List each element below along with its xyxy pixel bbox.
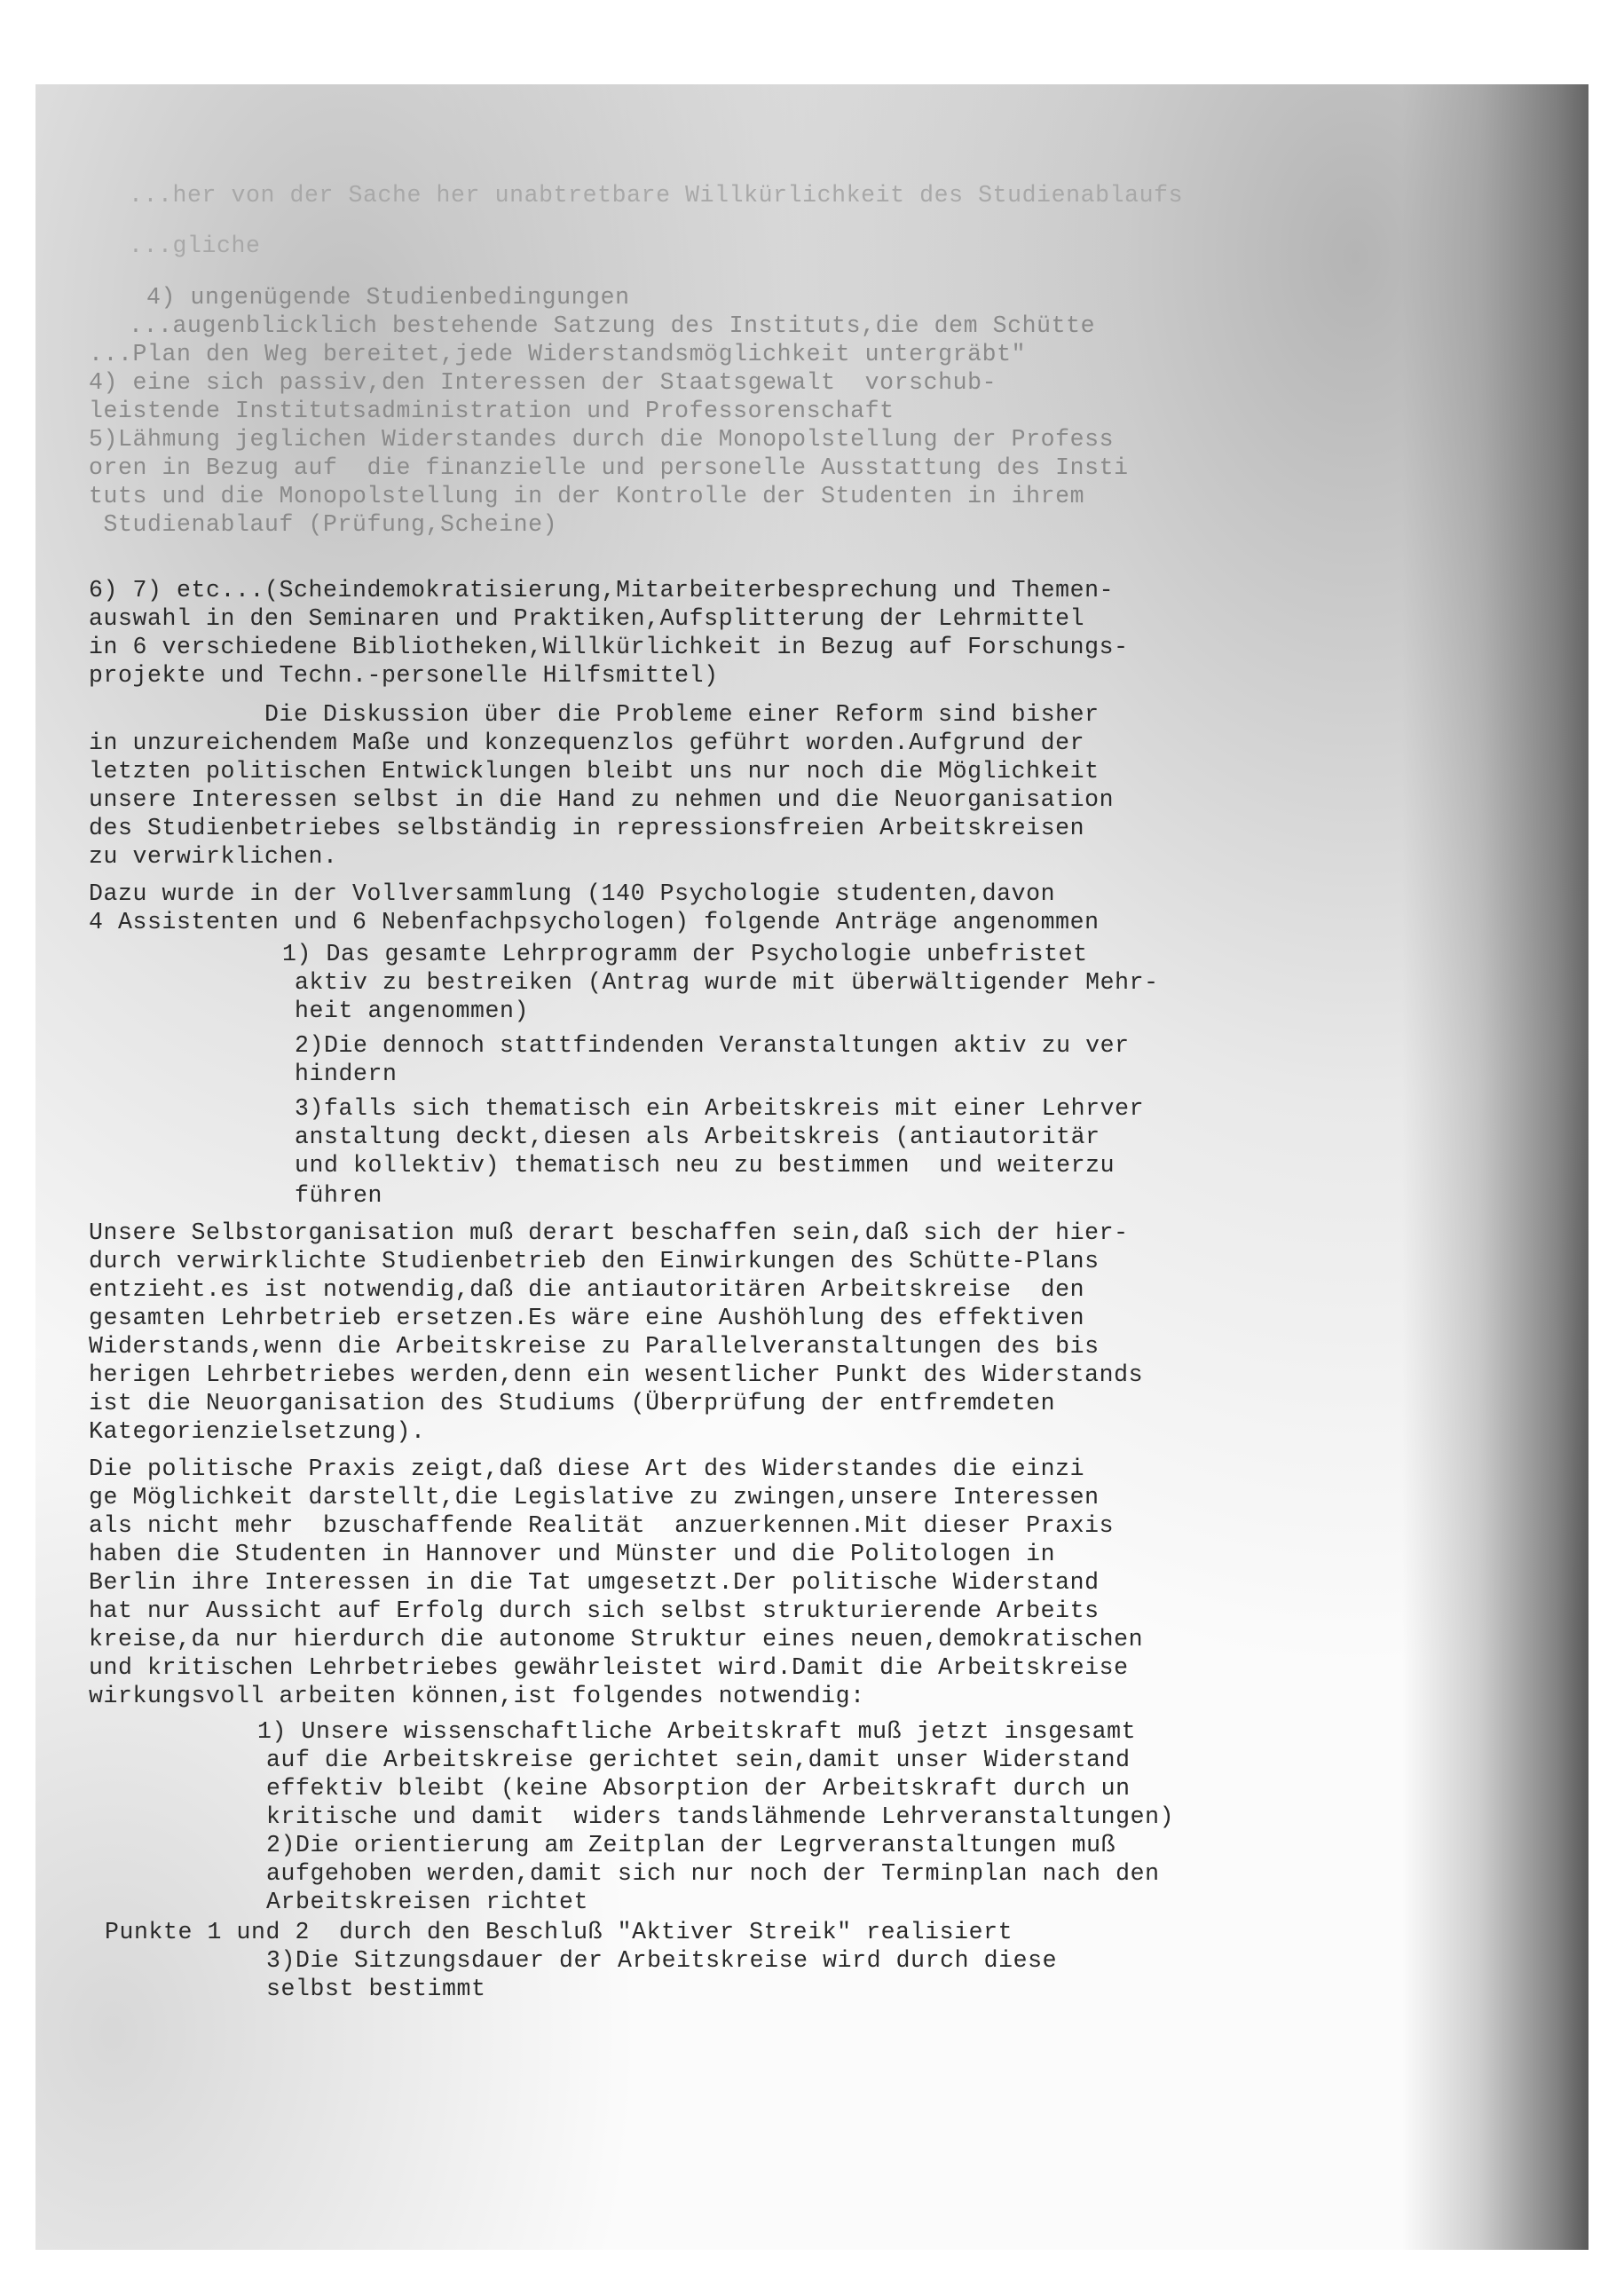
text-line: heit angenommen): [295, 998, 529, 1024]
text-line: kritische und damit widers tandslähmende…: [266, 1803, 1174, 1830]
text-line: herigen Lehrbetriebes werden,denn ein we…: [89, 1361, 1143, 1388]
text-line: Berlin ihre Interessen in die Tat umgese…: [89, 1569, 1100, 1596]
text-line: 2)Die dennoch stattfindenden Veranstaltu…: [295, 1032, 1130, 1059]
text-line: hindern: [295, 1061, 398, 1087]
text-line: 4) eine sich passiv,den Interessen der S…: [89, 369, 997, 396]
text-line: Widerstands,wenn die Arbeitskreise zu Pa…: [89, 1333, 1100, 1360]
text-line: ...her von der Sache her unabtretbare Wi…: [129, 182, 1183, 209]
text-line: kreise,da nur hierdurch die autonome Str…: [89, 1626, 1143, 1653]
text-line: und kollektiv) thematisch neu zu bestimm…: [295, 1152, 1115, 1179]
text-line: ge Möglichkeit darstellt,die Legislative…: [89, 1484, 1100, 1511]
text-line: 4) ungenügende Studienbedingungen: [146, 284, 630, 311]
text-line: durch verwirklichte Studienbetrieb den E…: [89, 1248, 1100, 1274]
text-line: 6) 7) etc...(Scheindemokratisierung,Mita…: [89, 577, 1114, 603]
text-line: selbst bestimmt: [266, 1976, 486, 2002]
text-line: in 6 verschiedene Bibliotheken,Willkürli…: [89, 634, 1129, 660]
text-line: zu verwirklichen.: [89, 843, 338, 870]
text-line: gesamten Lehrbetrieb ersetzen.Es wäre ei…: [89, 1305, 1084, 1331]
text-line: letzten politischen Entwicklungen bleibt…: [89, 758, 1100, 785]
text-line: ...gliche: [129, 233, 261, 259]
text-line: unsere Interessen selbst in die Hand zu …: [89, 786, 1114, 813]
text-line: Kategorienzielsetzung).: [89, 1418, 426, 1445]
text-line: in unzureichendem Maße und konzequenzlos…: [89, 730, 1084, 756]
text-line: 2)Die orientierung am Zeitplan der Legrv…: [266, 1832, 1116, 1858]
text-line: 3)Die Sitzungsdauer der Arbeitskreise wi…: [266, 1947, 1057, 1974]
text-line: wirkungsvoll arbeiten können,ist folgend…: [89, 1683, 865, 1709]
text-line: 4 Assistenten und 6 Nebenfachpsychologen…: [89, 909, 1100, 935]
text-line: ...Plan den Weg bereitet,jede Widerstand…: [89, 341, 1026, 367]
text-line: 1) Das gesamte Lehrprogramm der Psycholo…: [282, 941, 1088, 967]
text-line: Die Diskussion über die Probleme einer R…: [89, 701, 1100, 728]
text-line: als nicht mehr bzuschaffende Realität an…: [89, 1512, 1114, 1539]
text-line: Unsere Selbstorganisation muß derart bes…: [89, 1219, 1129, 1246]
text-line: ist die Neuorganisation des Studiums (Üb…: [89, 1390, 1055, 1416]
text-line: Studienablauf (Prüfung,Scheine): [89, 511, 557, 538]
text-line: effektiv bleibt (keine Absorption der Ar…: [266, 1775, 1131, 1802]
text-line: aufgehoben werden,damit sich nur noch de…: [266, 1860, 1160, 1887]
text-line: Arbeitskreisen richtet: [266, 1889, 588, 1915]
text-line: führen: [295, 1182, 382, 1209]
text-line: des Studienbetriebes selbständig in repr…: [89, 815, 1084, 841]
text-line: Punkte 1 und 2 durch den Beschluß "Aktiv…: [105, 1919, 1013, 1945]
text-line: Die politische Praxis zeigt,daß diese Ar…: [89, 1455, 1084, 1482]
text-line: 1) Unsere wissenschaftliche Arbeitskraft…: [257, 1718, 1136, 1745]
text-line: 3)falls sich thematisch ein Arbeitskreis…: [295, 1095, 1144, 1122]
text-line: Dazu wurde in der Vollversammlung (140 P…: [89, 880, 1055, 907]
text-line: hat nur Aussicht auf Erfolg durch sich s…: [89, 1597, 1100, 1624]
text-line: auf die Arbeitskreise gerichtet sein,dam…: [266, 1747, 1131, 1773]
text-line: leistende Institutsadministration und Pr…: [89, 398, 895, 424]
text-line: anstaltung deckt,diesen als Arbeitskreis…: [295, 1124, 1100, 1150]
text-line: auswahl in den Seminaren und Praktiken,A…: [89, 605, 1084, 632]
text-line: oren in Bezug auf die finanzielle und pe…: [89, 454, 1129, 481]
text-line: ...augenblicklich bestehende Satzung des…: [129, 312, 1095, 339]
text-line: projekte und Techn.-personelle Hilfsmitt…: [89, 662, 719, 689]
text-line: tuts und die Monopolstellung in der Kont…: [89, 483, 1084, 509]
text-line: aktiv zu bestreiken (Antrag wurde mit üb…: [295, 969, 1159, 996]
text-line: 5)Lähmung jeglichen Widerstandes durch d…: [89, 426, 1114, 453]
text-line: haben die Studenten in Hannover und Müns…: [89, 1541, 1055, 1567]
text-line: und kritischen Lehrbetriebes gewährleist…: [89, 1654, 1129, 1681]
text-line: entzieht.es ist notwendig,daß die antiau…: [89, 1276, 1084, 1303]
